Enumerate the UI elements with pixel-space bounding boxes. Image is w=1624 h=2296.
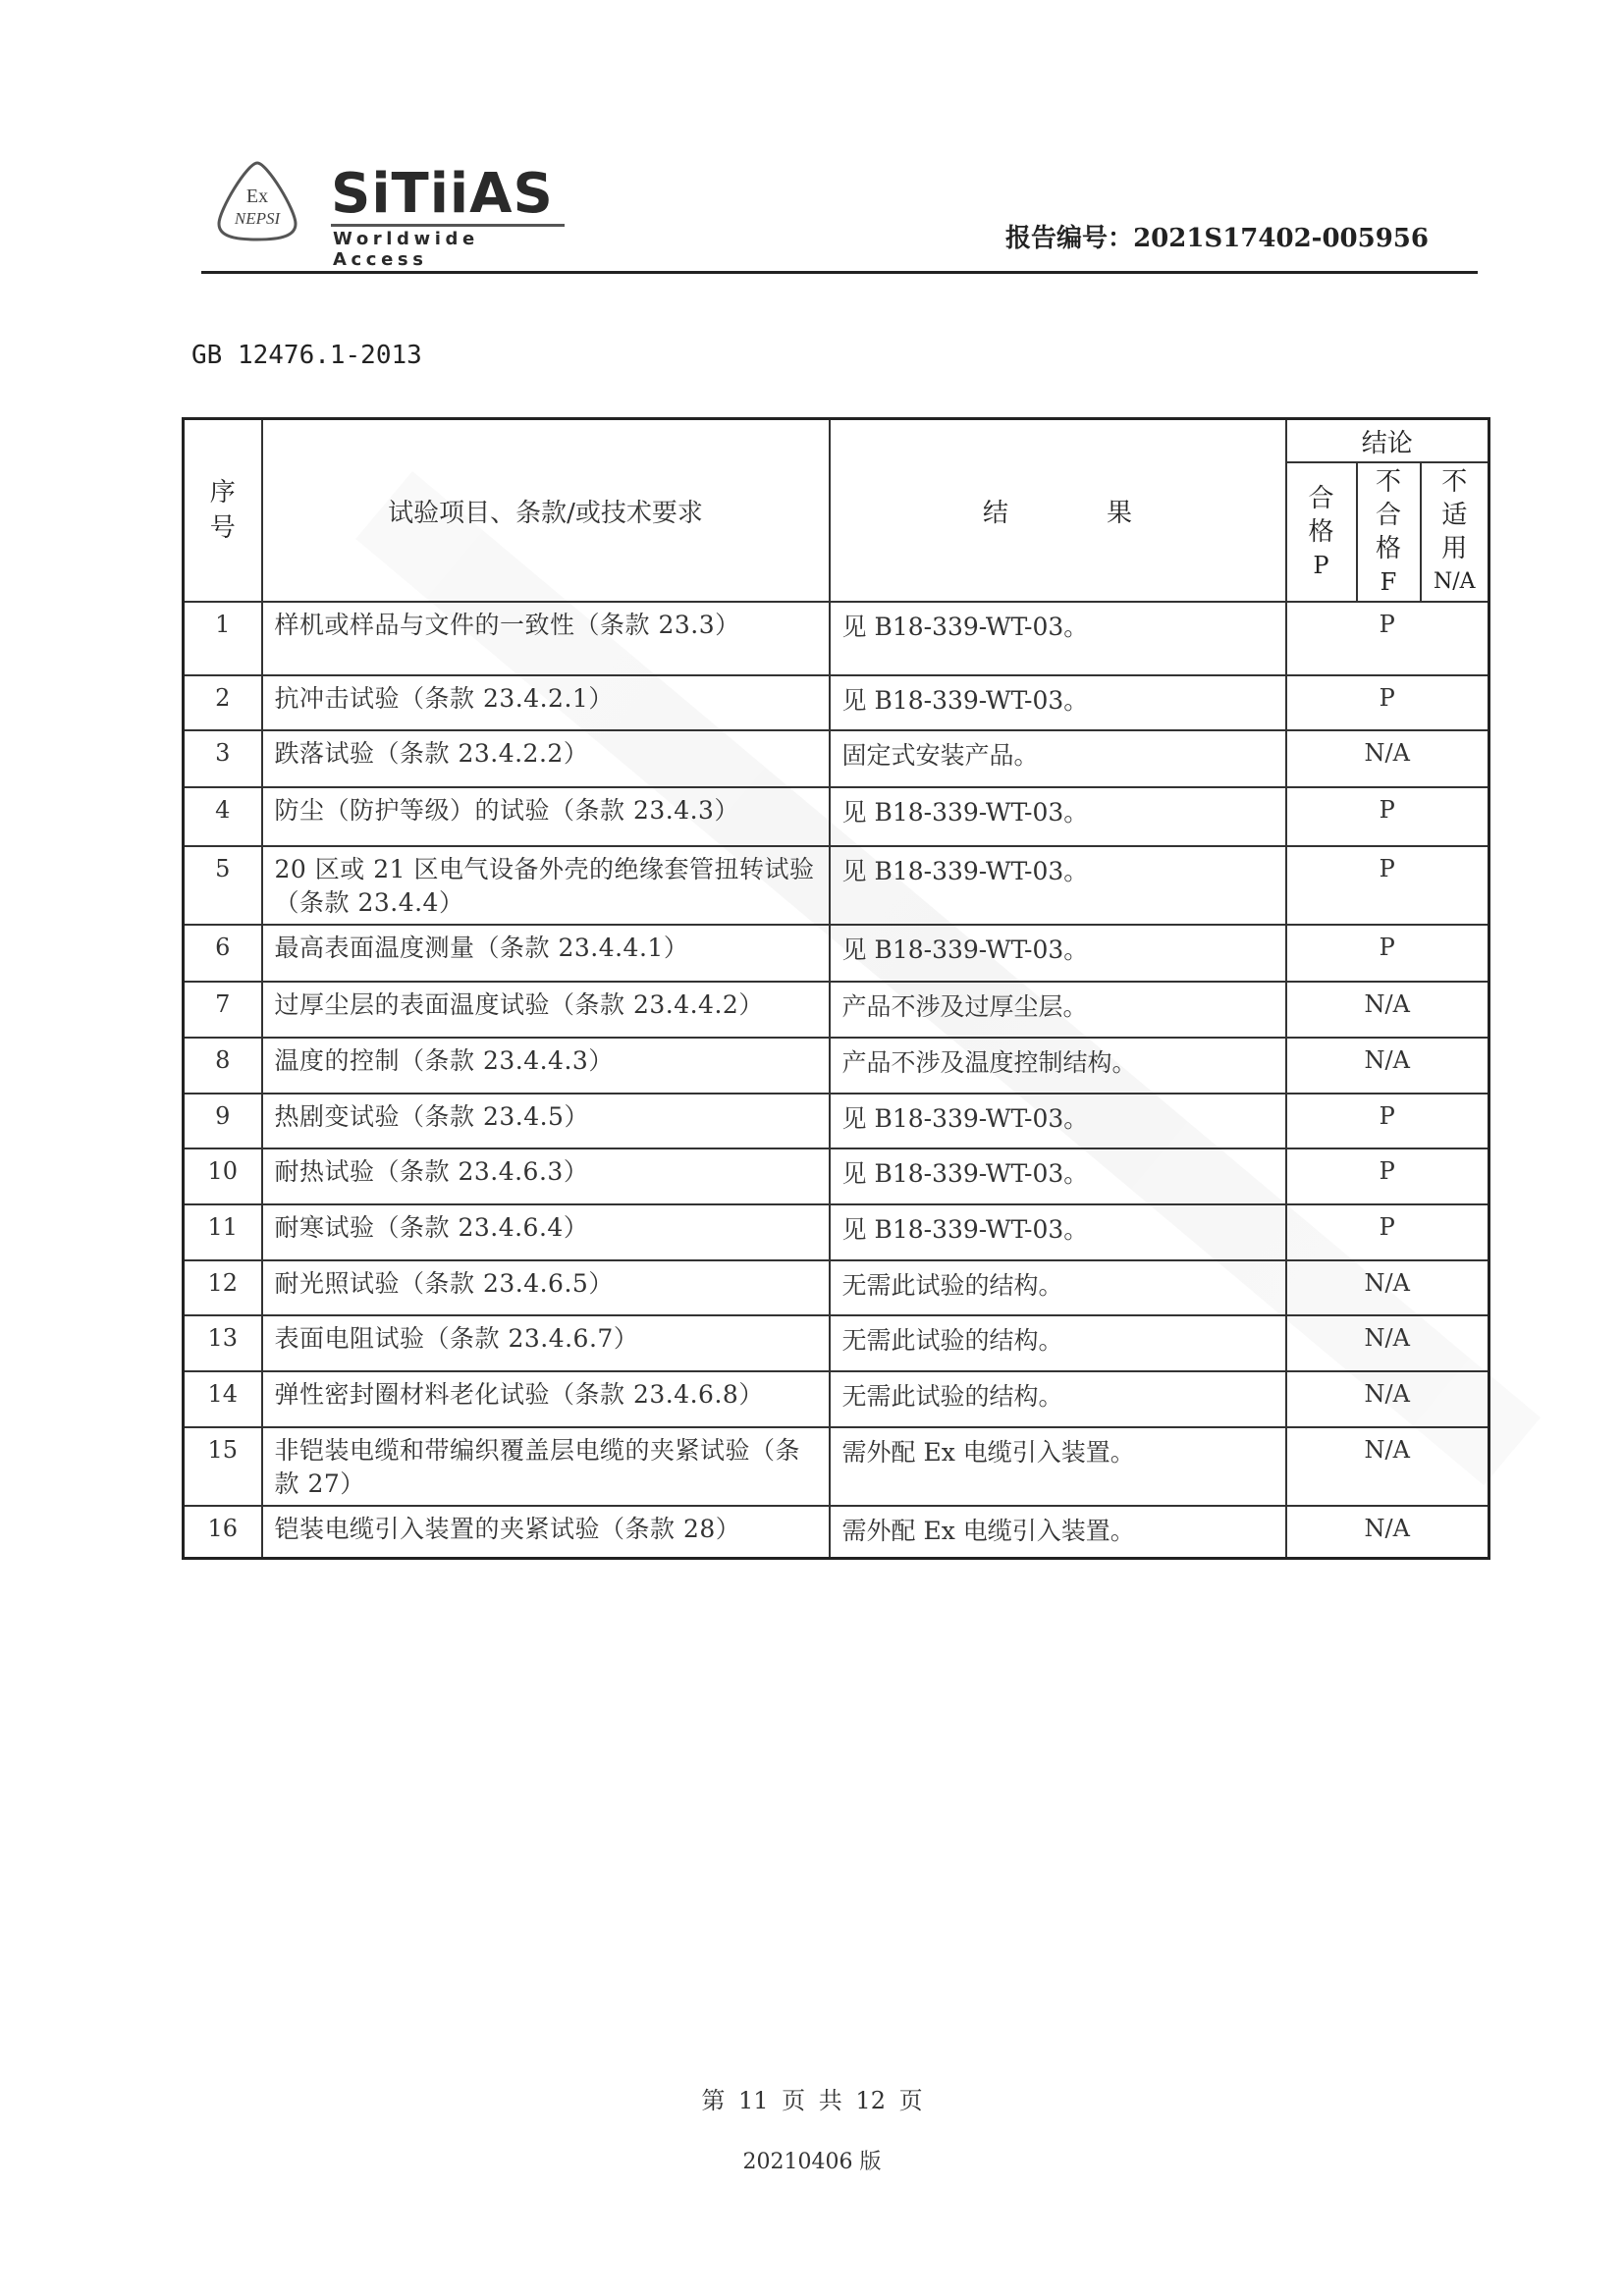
- row-number: 4: [184, 787, 262, 846]
- row-number: 8: [184, 1038, 262, 1094]
- row-result: 无需此试验的结构。: [830, 1371, 1286, 1427]
- row-test-item: 抗冲击试验（条款 23.4.2.1）: [262, 675, 830, 730]
- row-test-item: 铠装电缆引入装置的夹紧试验（条款 28）: [262, 1506, 830, 1558]
- page-indicator: 第 11 页 共 12 页: [0, 2081, 1624, 2115]
- table-row: 2抗冲击试验（条款 23.4.2.1）见 B18-339-WT-03。P: [184, 675, 1489, 730]
- row-result: 见 B18-339-WT-03。: [830, 1204, 1286, 1260]
- row-number: 1: [184, 602, 262, 675]
- report-number-value: 2021S17402-005956: [1133, 224, 1429, 253]
- table-row: 6最高表面温度测量（条款 23.4.4.1）见 B18-339-WT-03。P: [184, 925, 1489, 982]
- row-result: 见 B18-339-WT-03。: [830, 602, 1286, 675]
- header-pass: 合格P: [1286, 462, 1357, 602]
- company-logo: Ex NEPSI SiTiiAS Worldwide Access: [201, 157, 574, 255]
- row-number: 3: [184, 730, 262, 787]
- brand-rule: [331, 224, 565, 227]
- row-result: 见 B18-339-WT-03。: [830, 1094, 1286, 1148]
- row-conclusion: N/A: [1286, 730, 1489, 787]
- row-test-item: 20 区或 21 区电气设备外壳的绝缘套管扭转试验（条款 23.4.4）: [262, 846, 830, 925]
- row-result: 见 B18-339-WT-03。: [830, 846, 1286, 925]
- table-row: 9热剧变试验（条款 23.4.5）见 B18-339-WT-03。P: [184, 1094, 1489, 1148]
- row-result: 见 B18-339-WT-03。: [830, 925, 1286, 982]
- row-test-item: 耐寒试验（条款 23.4.6.4）: [262, 1204, 830, 1260]
- row-conclusion: N/A: [1286, 1427, 1489, 1506]
- row-number: 7: [184, 982, 262, 1038]
- row-result: 见 B18-339-WT-03。: [830, 787, 1286, 846]
- row-conclusion: P: [1286, 1148, 1489, 1204]
- row-test-item: 温度的控制（条款 23.4.4.3）: [262, 1038, 830, 1094]
- svg-text:NEPSI: NEPSI: [234, 209, 282, 228]
- svg-text:Ex: Ex: [246, 186, 268, 207]
- row-number: 16: [184, 1506, 262, 1558]
- table-row: 10耐热试验（条款 23.4.6.3）见 B18-339-WT-03。P: [184, 1148, 1489, 1204]
- row-conclusion: P: [1286, 602, 1489, 675]
- table-row: 3跌落试验（条款 23.4.2.2）固定式安装产品。N/A: [184, 730, 1489, 787]
- table-row: 11耐寒试验（条款 23.4.6.4）见 B18-339-WT-03。P: [184, 1204, 1489, 1260]
- table-row: 15非铠装电缆和带编织覆盖层电缆的夹紧试验（条款 27）需外配 Ex 电缆引入装…: [184, 1427, 1489, 1506]
- row-conclusion: P: [1286, 675, 1489, 730]
- report-number-label: 报告编号：: [1005, 224, 1133, 253]
- row-test-item: 样机或样品与文件的一致性（条款 23.3）: [262, 602, 830, 675]
- row-result: 产品不涉及过厚尘层。: [830, 982, 1286, 1038]
- row-test-item: 表面电阻试验（条款 23.4.6.7）: [262, 1315, 830, 1371]
- table-row: 14弹性密封圈材料老化试验（条款 23.4.6.8）无需此试验的结构。N/A: [184, 1371, 1489, 1427]
- row-number: 12: [184, 1260, 262, 1315]
- row-conclusion: P: [1286, 925, 1489, 982]
- row-test-item: 非铠装电缆和带编织覆盖层电缆的夹紧试验（条款 27）: [262, 1427, 830, 1506]
- row-result: 需外配 Ex 电缆引入装置。: [830, 1427, 1286, 1506]
- row-test-item: 防尘（防护等级）的试验（条款 23.4.3）: [262, 787, 830, 846]
- table-row: 4防尘（防护等级）的试验（条款 23.4.3）见 B18-339-WT-03。P: [184, 787, 1489, 846]
- row-conclusion: P: [1286, 846, 1489, 925]
- header-conclusion: 结论: [1286, 419, 1489, 463]
- row-number: 11: [184, 1204, 262, 1260]
- row-test-item: 跌落试验（条款 23.4.2.2）: [262, 730, 830, 787]
- ex-nepsi-badge-icon: Ex NEPSI: [213, 159, 301, 243]
- row-number: 2: [184, 675, 262, 730]
- row-result: 见 B18-339-WT-03。: [830, 1148, 1286, 1204]
- table-row: 12耐光照试验（条款 23.4.6.5）无需此试验的结构。N/A: [184, 1260, 1489, 1315]
- row-conclusion: N/A: [1286, 1038, 1489, 1094]
- row-conclusion: P: [1286, 1204, 1489, 1260]
- row-conclusion: P: [1286, 1094, 1489, 1148]
- row-result: 无需此试验的结构。: [830, 1315, 1286, 1371]
- header-test-item: 试验项目、条款/或技术要求: [262, 419, 830, 603]
- header-not-applicable: 不适用N/A: [1421, 462, 1489, 602]
- row-number: 14: [184, 1371, 262, 1427]
- edition-label: 20210406 版: [0, 2145, 1624, 2175]
- row-conclusion: N/A: [1286, 1506, 1489, 1558]
- row-test-item: 最高表面温度测量（条款 23.4.4.1）: [262, 925, 830, 982]
- row-test-item: 耐热试验（条款 23.4.6.3）: [262, 1148, 830, 1204]
- brand-tagline: Worldwide Access: [333, 229, 574, 270]
- table-row: 16铠装电缆引入装置的夹紧试验（条款 28）需外配 Ex 电缆引入装置。N/A: [184, 1506, 1489, 1558]
- row-result: 固定式安装产品。: [830, 730, 1286, 787]
- row-number: 5: [184, 846, 262, 925]
- test-results-table: 序号 试验项目、条款/或技术要求 结果 结论 合格P 不合格F 不适用N/A 1…: [182, 417, 1490, 1560]
- row-number: 13: [184, 1315, 262, 1371]
- header-result: 结果: [830, 419, 1286, 603]
- row-number: 15: [184, 1427, 262, 1506]
- brand-name: SiTiiAS: [331, 165, 554, 224]
- row-conclusion: N/A: [1286, 1315, 1489, 1371]
- row-result: 产品不涉及温度控制结构。: [830, 1038, 1286, 1094]
- row-result: 需外配 Ex 电缆引入装置。: [830, 1506, 1286, 1558]
- row-result: 无需此试验的结构。: [830, 1260, 1286, 1315]
- row-test-item: 过厚尘层的表面温度试验（条款 23.4.4.2）: [262, 982, 830, 1038]
- row-test-item: 耐光照试验（条款 23.4.6.5）: [262, 1260, 830, 1315]
- table-row: 1样机或样品与文件的一致性（条款 23.3）见 B18-339-WT-03。P: [184, 602, 1489, 675]
- row-test-item: 热剧变试验（条款 23.4.5）: [262, 1094, 830, 1148]
- report-number: 报告编号：2021S17402-005956: [1005, 218, 1429, 254]
- row-number: 9: [184, 1094, 262, 1148]
- row-conclusion: N/A: [1286, 1260, 1489, 1315]
- row-conclusion: N/A: [1286, 1371, 1489, 1427]
- header-fail: 不合格F: [1357, 462, 1421, 602]
- row-number: 6: [184, 925, 262, 982]
- table-row: 7过厚尘层的表面温度试验（条款 23.4.4.2）产品不涉及过厚尘层。N/A: [184, 982, 1489, 1038]
- table-row: 8温度的控制（条款 23.4.4.3）产品不涉及温度控制结构。N/A: [184, 1038, 1489, 1094]
- table-row: 520 区或 21 区电气设备外壳的绝缘套管扭转试验（条款 23.4.4）见 B…: [184, 846, 1489, 925]
- table-row: 13表面电阻试验（条款 23.4.6.7）无需此试验的结构。N/A: [184, 1315, 1489, 1371]
- row-test-item: 弹性密封圈材料老化试验（条款 23.4.6.8）: [262, 1371, 830, 1427]
- header-seq: 序号: [184, 419, 262, 603]
- header-divider: [201, 271, 1478, 274]
- row-conclusion: N/A: [1286, 982, 1489, 1038]
- row-result: 见 B18-339-WT-03。: [830, 675, 1286, 730]
- row-number: 10: [184, 1148, 262, 1204]
- standard-code: GB 12476.1-2013: [191, 341, 422, 370]
- row-conclusion: P: [1286, 787, 1489, 846]
